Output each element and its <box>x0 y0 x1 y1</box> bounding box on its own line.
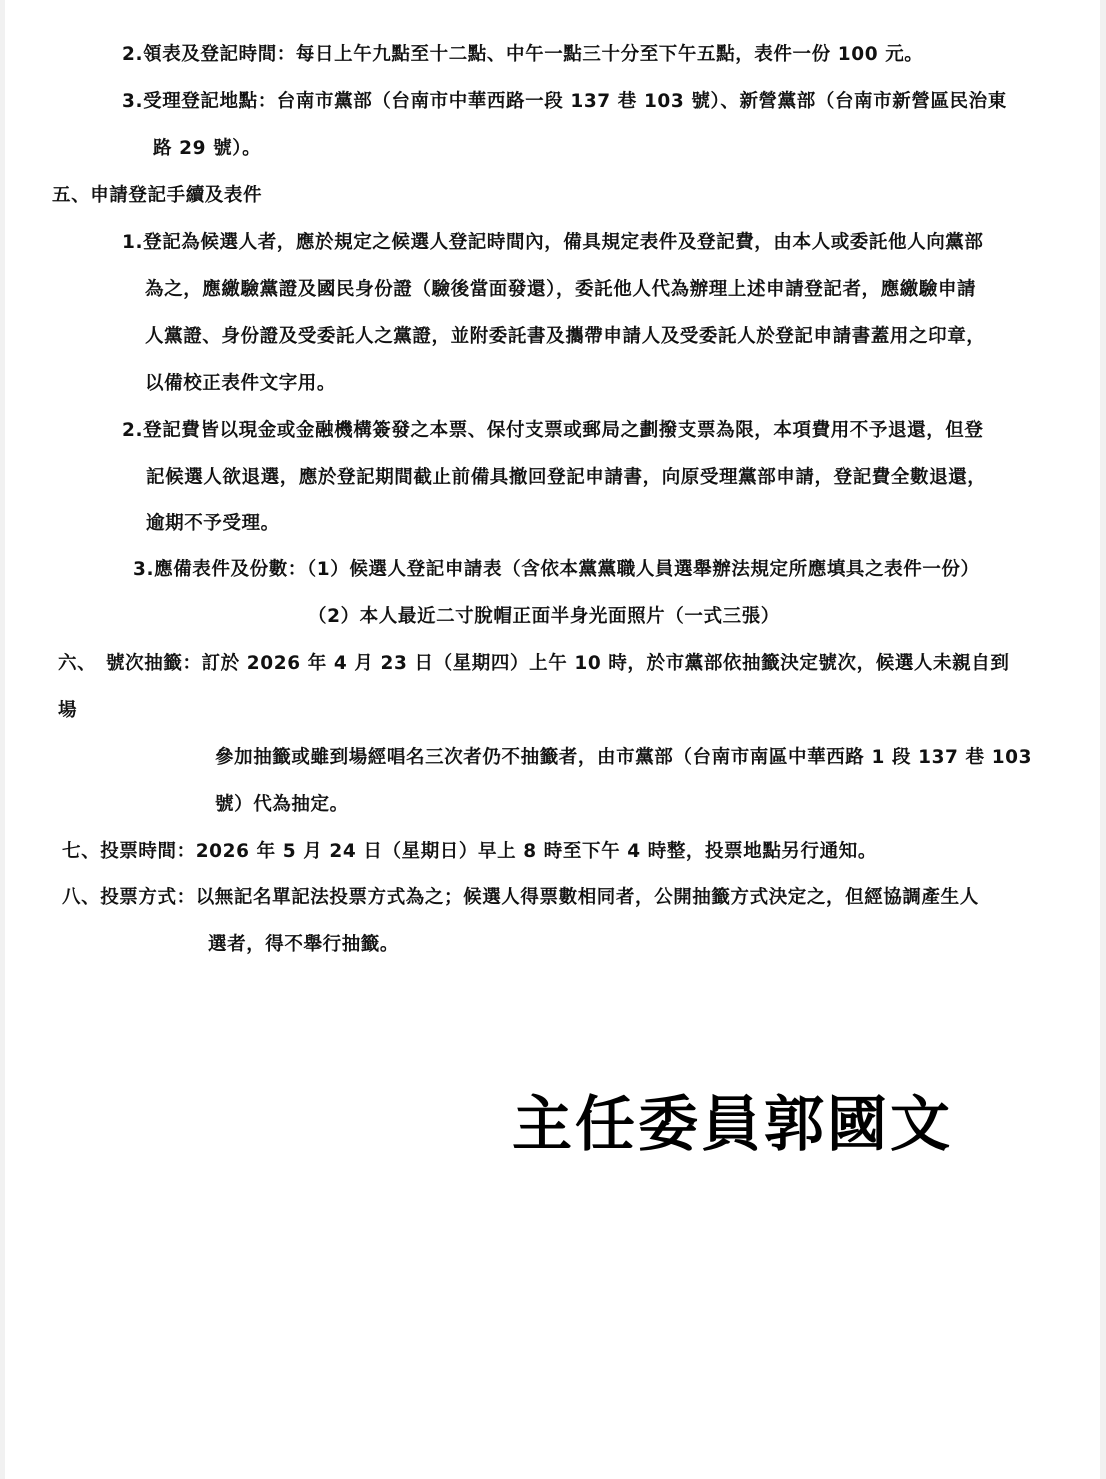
section-5-item-3-cont: （2）本人最近二寸脫帽正面半身光面照片（一式三張） <box>308 605 780 629</box>
section-5-item-3: 3.應備表件及份數：（1）候選人登記申請表（含依本黨黨職人員選舉辦法規定所應填具… <box>133 558 980 582</box>
section-6-cont: 參加抽籤或雖到場經唱名三次者仍不抽籤者，由市黨部（台南市南區中華西路 1 段 1… <box>215 746 1032 770</box>
section-8-voting-method: 八、投票方式：以無記名單記法投票方式為之；候選人得票數相同者，公開抽籤方式決定之… <box>62 886 979 910</box>
section-5-item-1-cont: 以備校正表件文字用。 <box>145 372 336 396</box>
page-edge-right <box>1100 0 1106 1479</box>
section-5-item-1-cont: 人黨證、身份證及受委託人之黨證，並附委託書及攜帶申請人及受委託人於登記申請書蓋用… <box>145 325 985 349</box>
section-5-item-1-cont: 為之，應繳驗黨證及國民身份證（驗後當面發還），委託他人代為辦理上述申請登記者，應… <box>145 278 976 302</box>
section-5-item-1: 1.登記為候選人者，應於規定之候選人登記時間內，備具規定表件及登記費，由本人或委… <box>122 231 984 255</box>
section-6-number-draw: 六、 號次抽籤：訂於 2026 年 4 月 23 日（星期四）上午 10 時，於… <box>58 652 1009 676</box>
page-edge-left <box>0 0 5 1479</box>
section-7-voting-time: 七、投票時間：2026 年 5 月 24 日（星期日）早上 8 時至下午 4 時… <box>62 840 877 864</box>
section-5-heading: 五、申請登記手續及表件 <box>52 184 262 208</box>
registration-location-line: 3.受理登記地點：台南市黨部（台南市中華西路一段 137 巷 103 號）、新營… <box>122 90 1007 114</box>
section-6-cont: 號）代為抽定。 <box>215 793 349 817</box>
section-8-cont: 選者，得不舉行抽籤。 <box>208 933 399 957</box>
registration-hours-line: 2.領表及登記時間：每日上午九點至十二點、中午一點三十分至下午五點，表件一份 1… <box>122 43 923 67</box>
signature-chair: 主任委員郭國文 <box>512 1090 953 1160</box>
section-5-item-2: 2.登記費皆以現金或金融機構簽發之本票、保付支票或郵局之劃撥支票為限，本項費用不… <box>122 419 984 443</box>
registration-location-line-cont: 路 29 號）。 <box>153 137 261 161</box>
section-5-item-2-cont: 記候選人欲退選，應於登記期間截止前備具撤回登記申請書，向原受理黨部申請，登記費全… <box>146 466 986 490</box>
section-5-item-2-cont: 逾期不予受理。 <box>146 512 280 536</box>
section-6-cont: 場 <box>58 699 77 723</box>
